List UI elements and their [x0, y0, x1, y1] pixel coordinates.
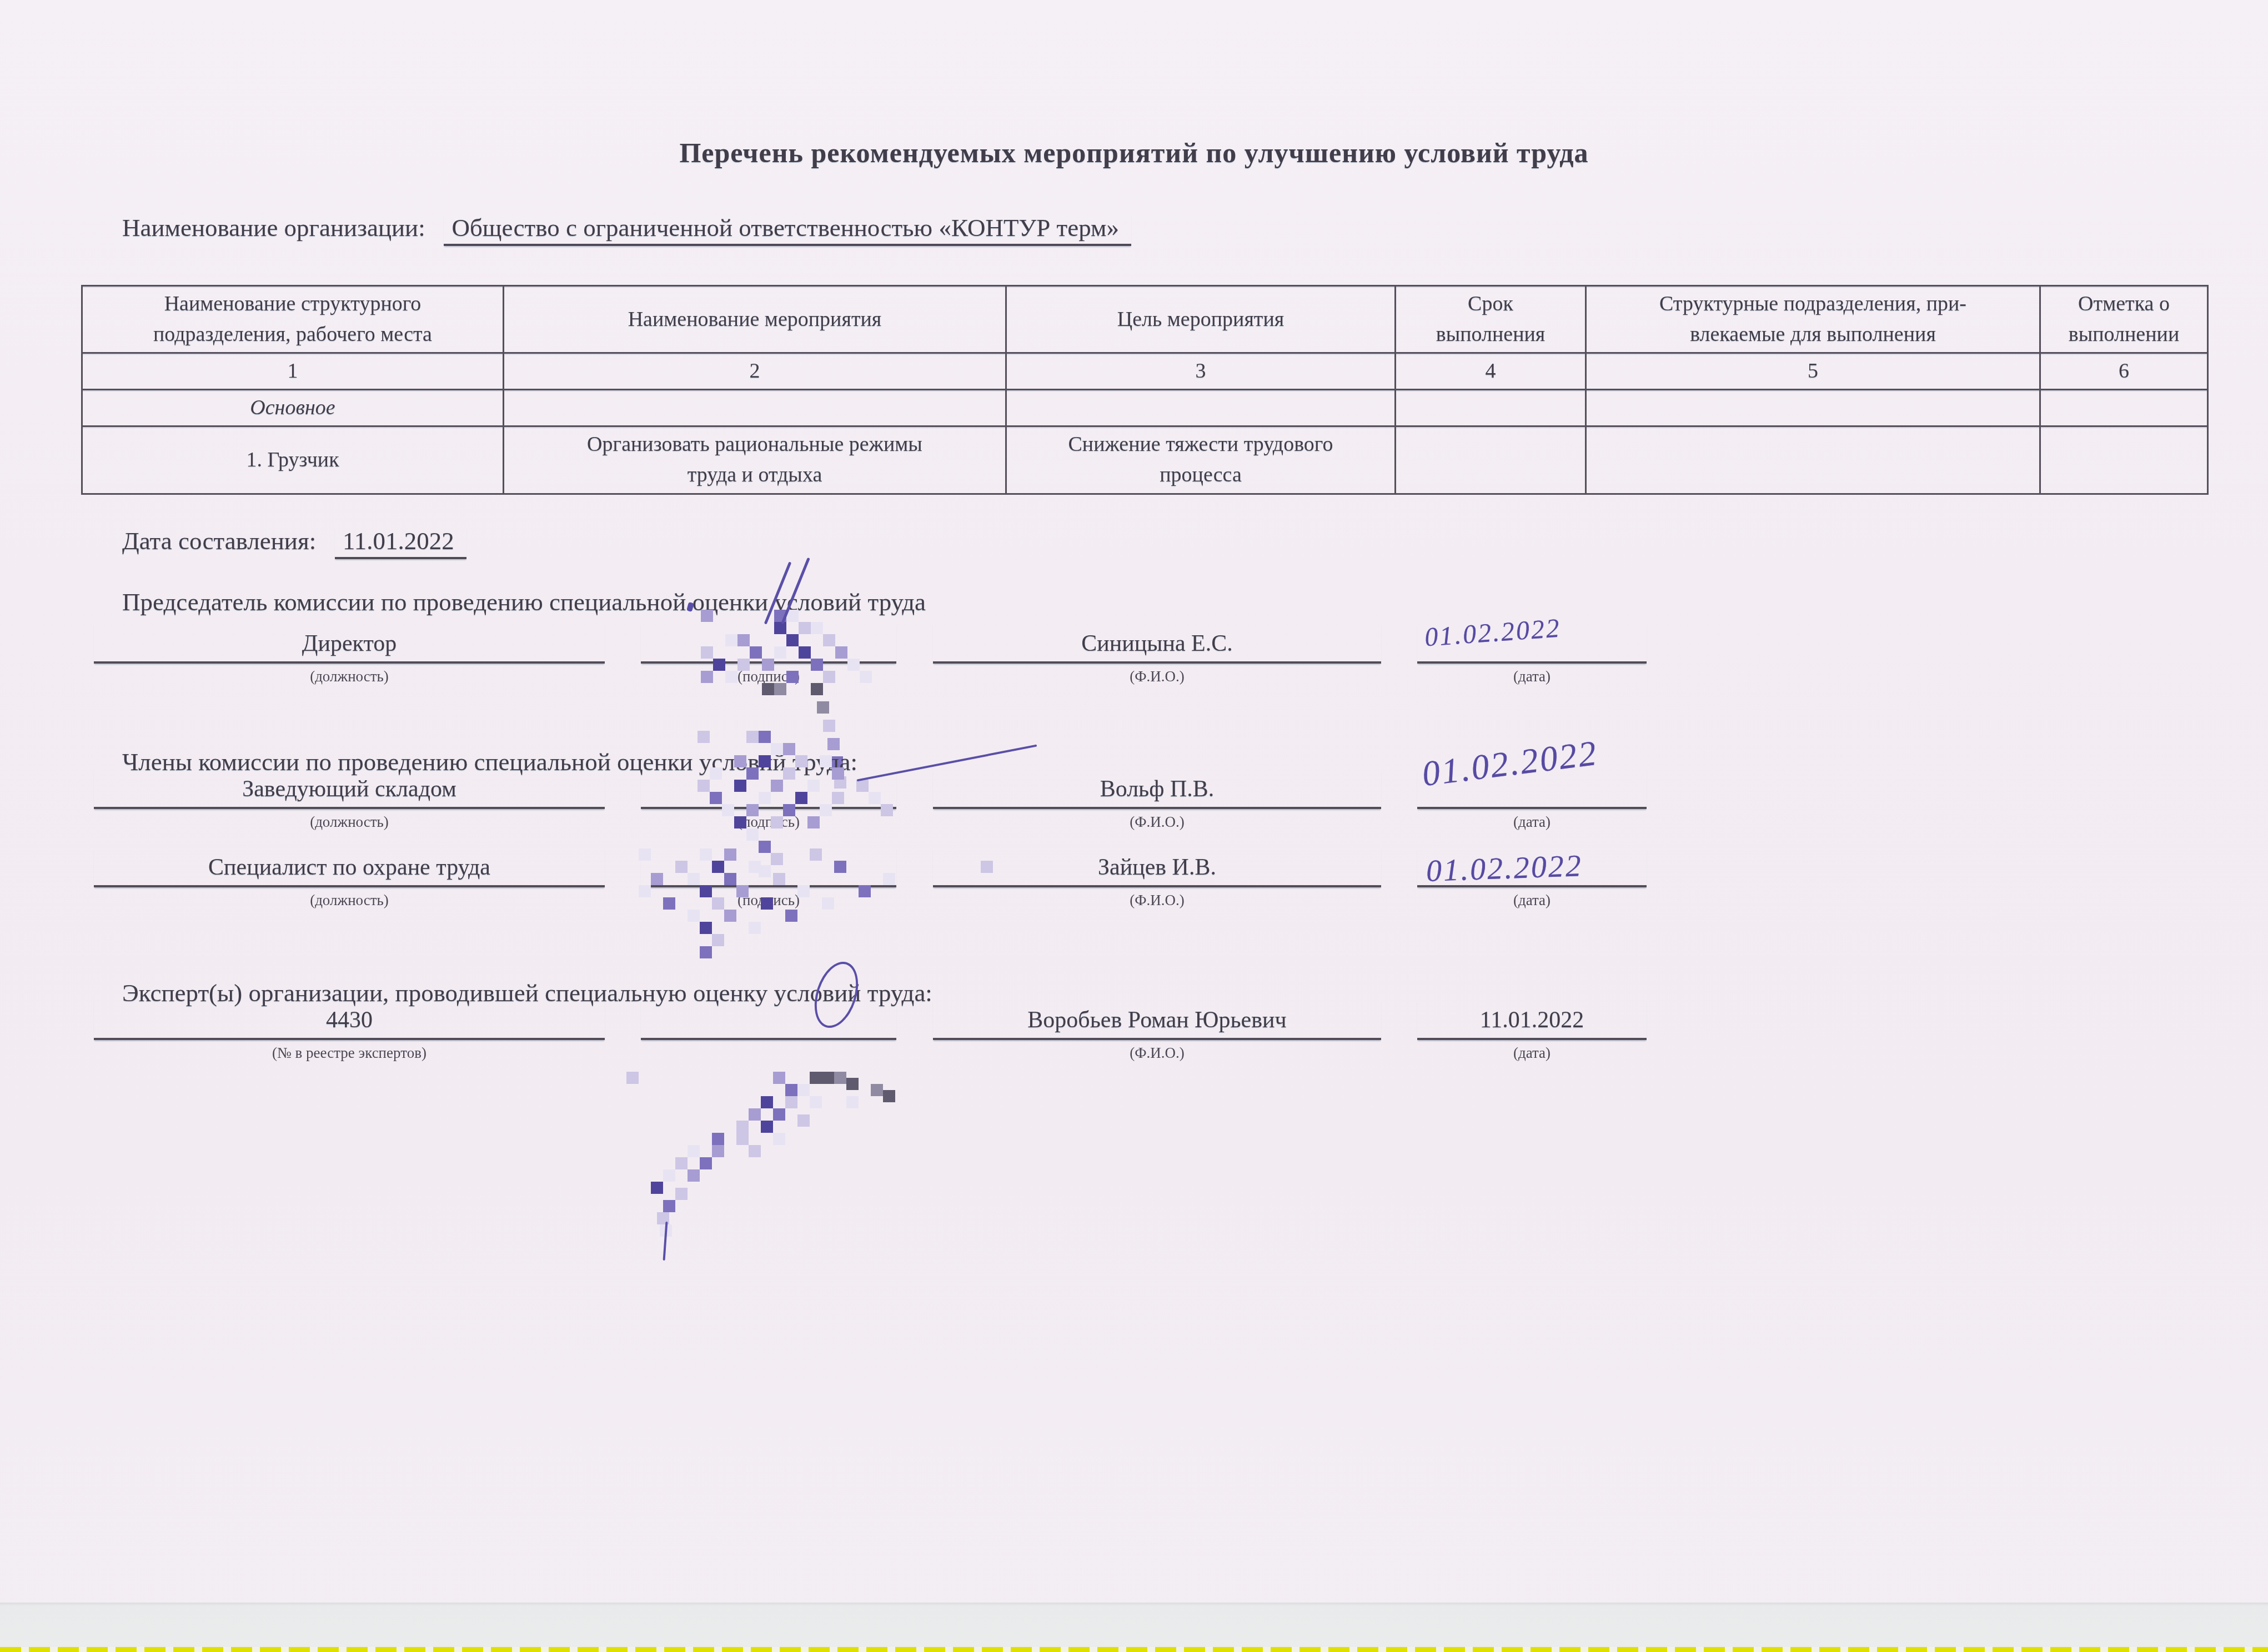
- member2-signature-field: [641, 847, 896, 887]
- signature-sublabel: (подпись): [641, 892, 896, 909]
- expert-number-field: 4430: [94, 1000, 605, 1040]
- registry-sublabel: (№ в реестре экспертов): [94, 1045, 605, 1062]
- empty-cell: [1006, 390, 1396, 426]
- compile-date-label: Дата составления:: [122, 527, 316, 555]
- expert-name-field: Воробьев Роман Юрьевич: [933, 1000, 1381, 1040]
- chairman-position-field: Директор: [94, 624, 605, 664]
- empty-cell: [504, 390, 1006, 426]
- position-sublabel: (должность): [94, 668, 605, 685]
- empty-cell: [1396, 426, 1586, 494]
- chairman-heading: Председатель комиссии по проведению спец…: [122, 588, 926, 616]
- empty-cell: [2040, 390, 2208, 426]
- date-sublabel: (дата): [1417, 1045, 1647, 1062]
- chairman-signature-field: [641, 624, 896, 664]
- position-sublabel: (должность): [94, 892, 605, 909]
- table-data-row: 1. Грузчик Организовать рациональные реж…: [82, 426, 2208, 494]
- member2-position-field: Специалист по охране труда: [94, 847, 605, 887]
- scanned-document-page: Перечень рекомендуемых мероприятий по ул…: [0, 0, 2268, 1652]
- table-header-row: Наименование структурного подразделения,…: [82, 286, 2208, 353]
- col-number: 6: [2040, 353, 2208, 390]
- signature-sublabel: (подпись): [641, 814, 896, 831]
- scanner-edge-strip: [0, 1603, 2268, 1652]
- empty-cell: [1586, 426, 2040, 494]
- member1-redacted-signature: [698, 731, 710, 743]
- col-number: 5: [1586, 353, 2040, 390]
- cell-goal: Снижение тяжести трудового процесса: [1006, 426, 1396, 494]
- compile-date-value: 11.01.2022: [335, 527, 466, 559]
- organization-value: Общество с ограниченной ответственностью…: [444, 214, 1131, 246]
- date-sublabel: (дата): [1417, 668, 1647, 685]
- member2-handwritten-date: 01.02.2022: [1426, 848, 1583, 889]
- measures-table: Наименование структурного подразделения,…: [81, 285, 2209, 495]
- chairman-redacted-signature: [701, 610, 713, 622]
- compile-date-line: Дата составления: 11.01.2022: [122, 526, 466, 555]
- organization-line: Наименование организации: Общество с огр…: [122, 213, 1131, 242]
- col-header-involved-units: Структурные подразделения, при- влекаемы…: [1586, 286, 2040, 353]
- col-number: 1: [82, 353, 504, 390]
- member2-name-field: Зайцев И.В.: [933, 847, 1381, 887]
- signature-sublabel: (подпись): [641, 668, 896, 685]
- table-group-row: Основное: [82, 390, 2208, 426]
- date-sublabel: (дата): [1417, 814, 1647, 831]
- col-header-department: Наименование структурного подразделения,…: [82, 286, 504, 353]
- member1-signature-field: [641, 769, 896, 809]
- column-number-row: 1 2 3 4 5 6: [82, 353, 2208, 390]
- organization-label: Наименование организации:: [122, 214, 425, 242]
- member1-name-field: Вольф П.В.: [933, 769, 1381, 809]
- col-header-goal: Цель мероприятия: [1006, 286, 1396, 353]
- chairman-name-field: Синицына Е.С.: [933, 624, 1381, 664]
- empty-cell: [2040, 426, 2208, 494]
- col-number: 4: [1396, 353, 1586, 390]
- cell-measure: Организовать рациональные режимы труда и…: [504, 426, 1006, 494]
- fio-sublabel: (Ф.И.О.): [933, 892, 1381, 909]
- fio-sublabel: (Ф.И.О.): [933, 814, 1381, 831]
- member1-position-field: Заведующий складом: [94, 769, 605, 809]
- fio-sublabel: (Ф.И.О.): [933, 1045, 1381, 1062]
- fio-sublabel: (Ф.И.О.): [933, 668, 1381, 685]
- expert-pen-stroke: [663, 1222, 668, 1261]
- cell-workplace: 1. Грузчик: [82, 426, 504, 494]
- expert-redacted-signature: [626, 1072, 639, 1084]
- group-cell-osnovnoe: Основное: [82, 390, 504, 426]
- expert-signature-field: [641, 1000, 896, 1040]
- scanner-edge-yellow-dashes: [0, 1647, 2268, 1652]
- col-header-measure: Наименование мероприятия: [504, 286, 1006, 353]
- col-header-completion-mark: Отметка о выполнении: [2040, 286, 2208, 353]
- empty-cell: [1396, 390, 1586, 426]
- col-number: 3: [1006, 353, 1396, 390]
- col-number: 2: [504, 353, 1006, 390]
- date-sublabel: (дата): [1417, 892, 1647, 909]
- page-title: Перечень рекомендуемых мероприятий по ул…: [0, 137, 2268, 169]
- expert-date-field: 11.01.2022: [1417, 1000, 1647, 1040]
- empty-cell: [1586, 390, 2040, 426]
- member2-redacted-signature: [639, 848, 651, 861]
- col-header-deadline: Срок выполнения: [1396, 286, 1586, 353]
- position-sublabel: (должность): [94, 814, 605, 831]
